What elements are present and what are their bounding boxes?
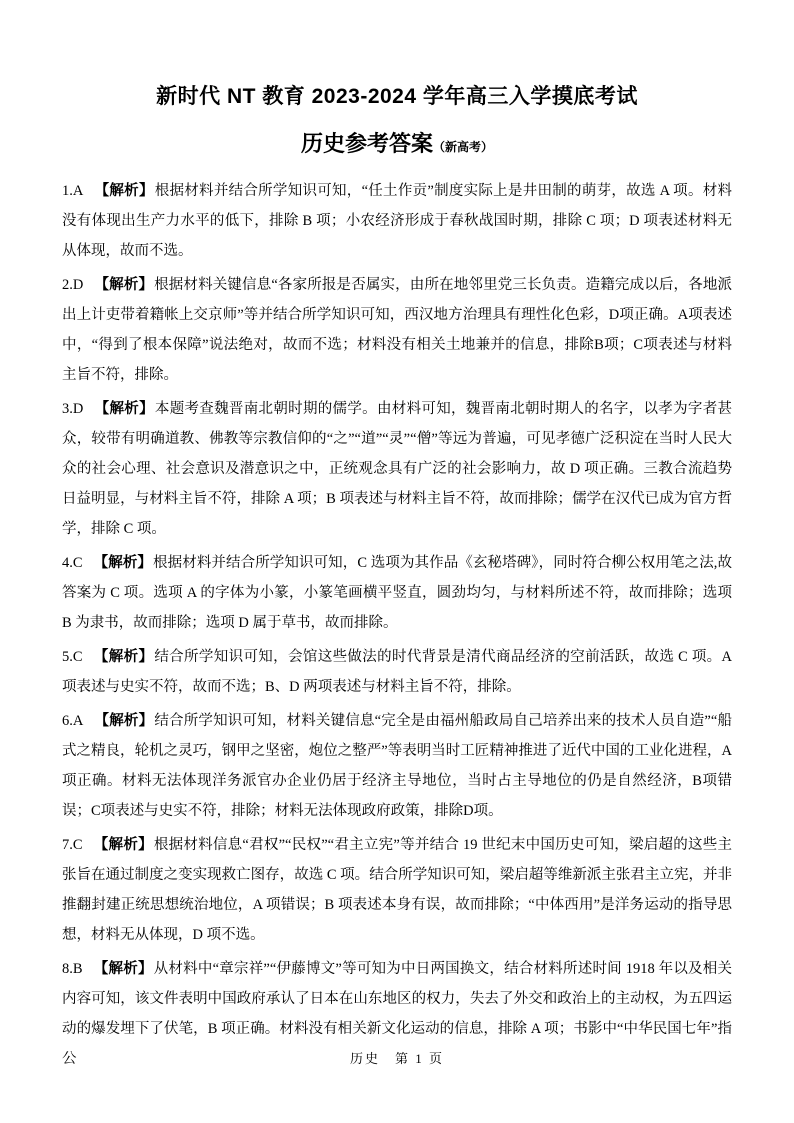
- answer-item-2: 2.D【解析】根据材料关键信息“各家所报是否属实，由所在地邻里党三长负责。造籍完…: [62, 270, 732, 390]
- page-title: 新时代 NT 教育 2023-2024 学年高三入学摸底考试: [62, 80, 732, 110]
- analysis-label: 【解析】: [94, 961, 153, 977]
- answer-number: 4.C: [62, 555, 83, 571]
- answers-list: 1.A【解析】根据材料并结合所学知识可知，“任土作贡”制度实际上是井田制的萌芽，…: [62, 176, 732, 1074]
- analysis-label: 【解析】: [94, 649, 154, 665]
- analysis-label: 【解析】: [94, 401, 154, 417]
- answer-number: 8.B: [62, 961, 83, 977]
- analysis-label: 【解析】: [94, 183, 153, 199]
- answer-text: 结合所学知识可知，材料关键信息“完全是由福州船政局自己培养出来的技术人员自造”“…: [62, 713, 732, 819]
- answer-number: 2.D: [62, 277, 83, 293]
- answer-item-4: 4.C【解析】根据材料并结合所学知识可知，C 选项为其作品《玄秘塔碑》，同时符合…: [62, 548, 732, 638]
- analysis-label: 【解析】: [94, 713, 153, 729]
- document-page: 新时代 NT 教育 2023-2024 学年高三入学摸底考试 历史参考答案（新高…: [0, 0, 794, 1123]
- analysis-label: 【解析】: [94, 277, 153, 293]
- answer-text: 结合所学知识可知，会馆这些做法的时代背景是清代商品经济的空前活跃，故选 C 项。…: [62, 649, 732, 695]
- answer-number: 7.C: [62, 837, 83, 853]
- subtitle-text: 历史参考答案: [301, 131, 433, 156]
- answer-text: 根据材料关键信息“各家所报是否属实，由所在地邻里党三长负责。造籍完成以后，各地派…: [62, 277, 732, 383]
- analysis-label: 【解析】: [94, 555, 152, 571]
- answer-text: 根据材料并结合所学知识可知，C 选项为其作品《玄秘塔碑》，同时符合柳公权用笔之法…: [62, 555, 732, 631]
- answer-text: 根据材料信息“君权”“民权”“君主立宪”等并结合 19 世纪末中国历史可知，梁启…: [62, 837, 732, 943]
- page-subtitle: 历史参考答案（新高考）: [62, 127, 732, 158]
- answer-number: 6.A: [62, 713, 83, 729]
- page-footer: 历史 第 1 页: [0, 1048, 794, 1067]
- subtitle-note: （新高考）: [433, 140, 493, 154]
- answer-item-6: 6.A【解析】结合所学知识可知，材料关键信息“完全是由福州船政局自己培养出来的技…: [62, 706, 732, 826]
- analysis-label: 【解析】: [94, 837, 153, 853]
- answer-item-3: 3.D【解析】本题考查魏晋南北朝时期的儒学。由材料可知，魏晋南北朝时期人的名字，…: [62, 394, 732, 544]
- answer-number: 5.C: [62, 649, 83, 665]
- answer-item-1: 1.A【解析】根据材料并结合所学知识可知，“任土作贡”制度实际上是井田制的萌芽，…: [62, 176, 732, 266]
- answer-item-5: 5.C【解析】结合所学知识可知，会馆这些做法的时代背景是清代商品经济的空前活跃，…: [62, 642, 732, 702]
- answer-text: 本题考查魏晋南北朝时期的儒学。由材料可知，魏晋南北朝时期人的名字，以孝为字者甚众…: [62, 401, 732, 537]
- answer-item-7: 7.C【解析】根据材料信息“君权”“民权”“君主立宪”等并结合 19 世纪末中国…: [62, 830, 732, 950]
- page-footer-text: 历史 第 1 页: [350, 1051, 444, 1066]
- answer-number: 3.D: [62, 401, 83, 417]
- answer-text: 根据材料并结合所学知识可知，“任土作贡”制度实际上是井田制的萌芽，故选 A 项。…: [62, 183, 732, 259]
- answer-number: 1.A: [62, 183, 83, 199]
